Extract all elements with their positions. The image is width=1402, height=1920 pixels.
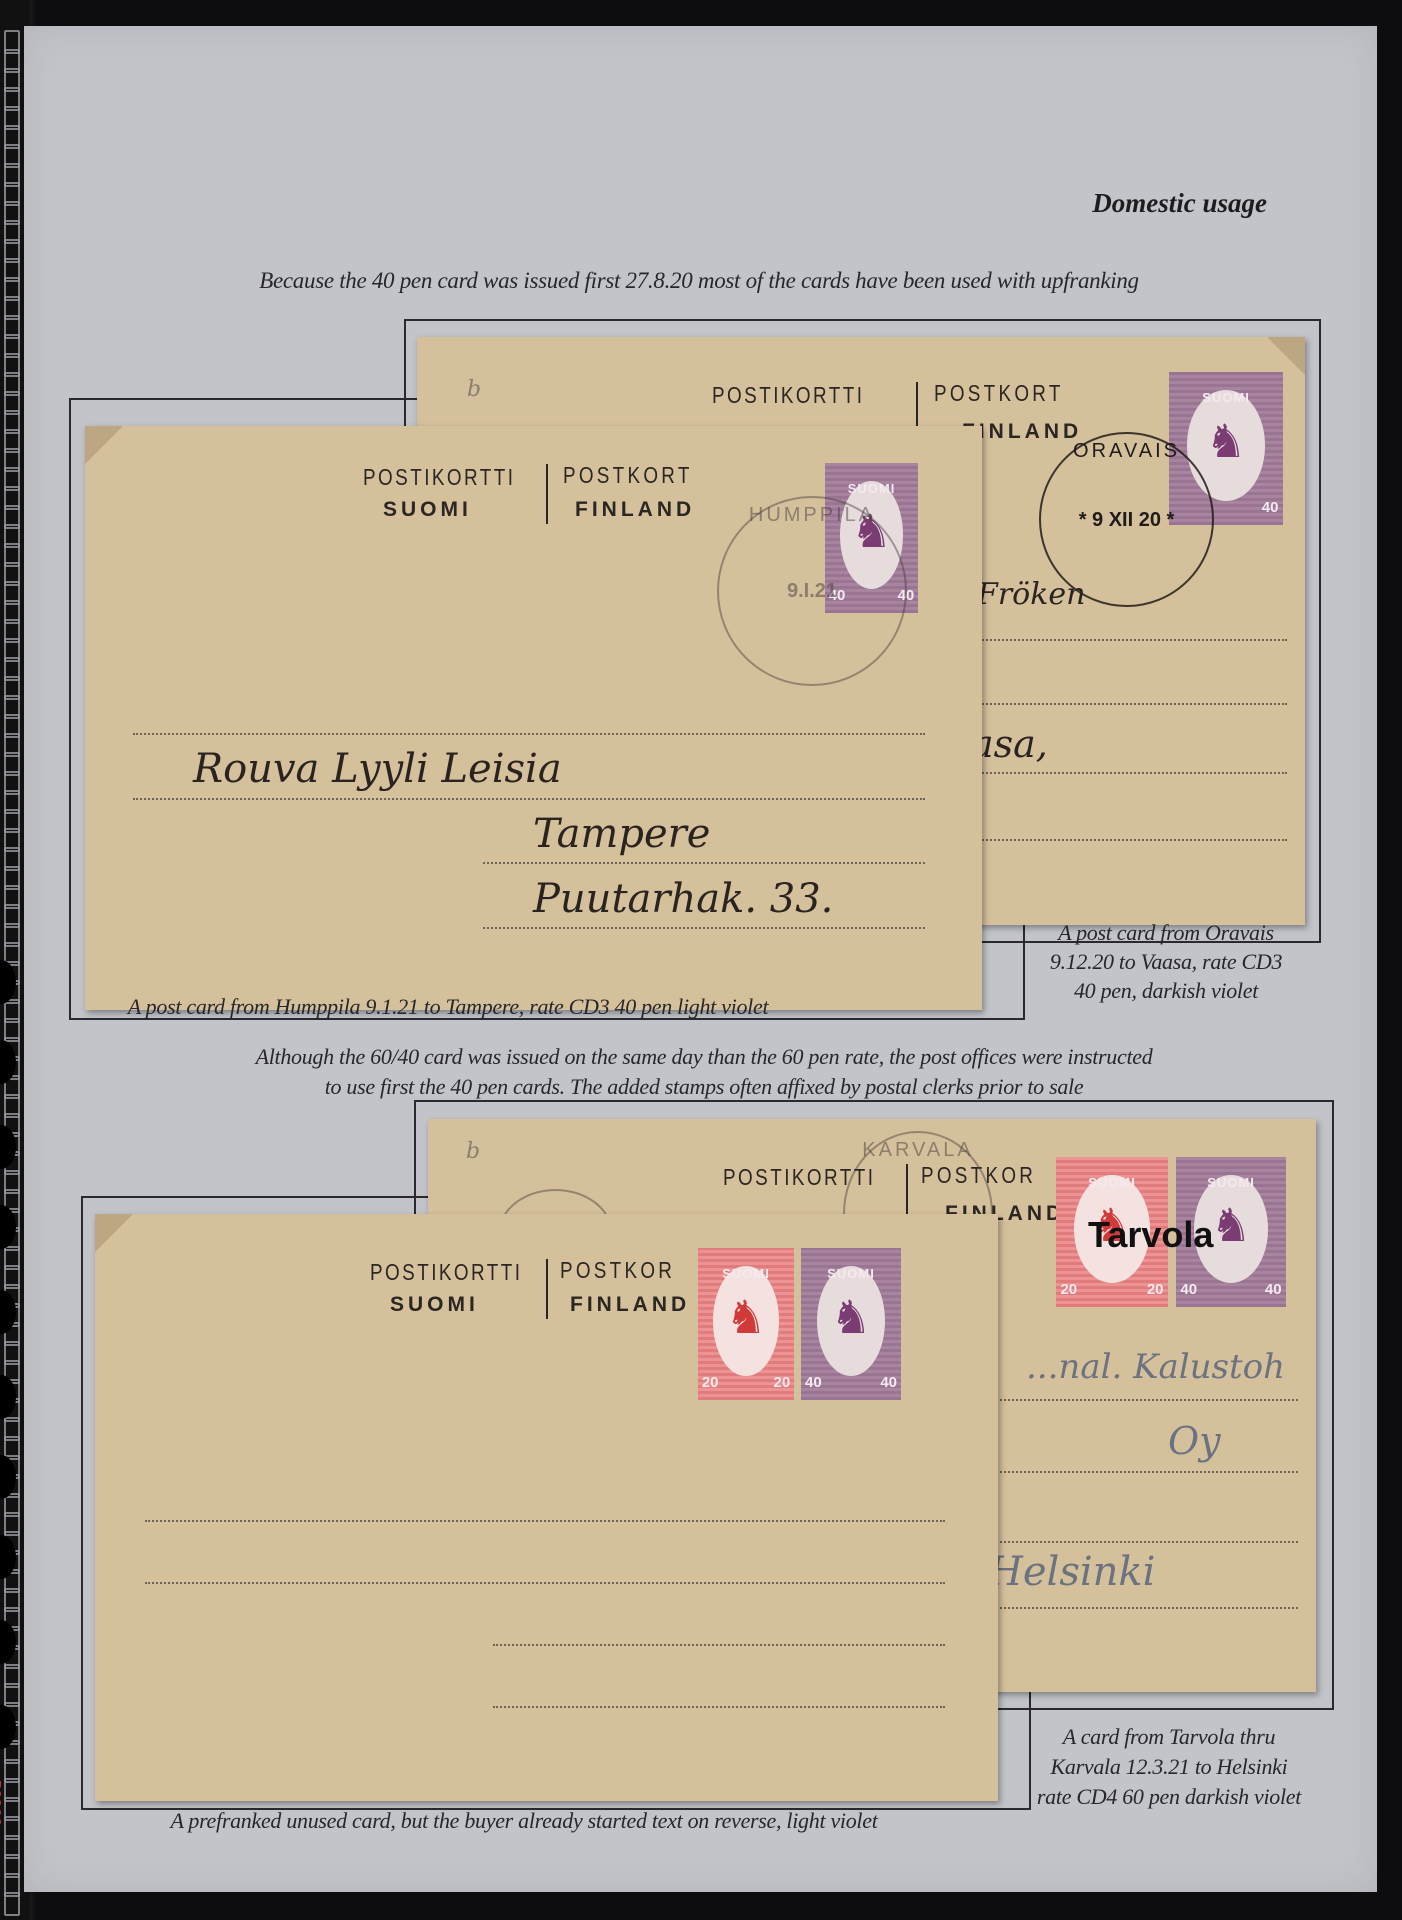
intro-text-1: Because the 40 pen card was issued first… — [134, 268, 1264, 294]
handwritten-address-line: Oy — [1168, 1419, 1221, 1463]
intro-text-2: Although the 60/40 card was issued on th… — [144, 1042, 1264, 1102]
pencil-mark: b — [466, 1139, 480, 1164]
handwritten-address-line: Helsinki — [988, 1549, 1155, 1595]
stamp-20-pen: ♞ SUOMI 20 20 — [698, 1248, 794, 1400]
postcard-humppila: POSTIKORTTI SUOMI POSTKORT FINLAND ♞ SUO… — [85, 426, 982, 1010]
postmark-humppila: HUMPPILA 9.I.21 — [717, 496, 907, 686]
page-heading: Domestic usage — [1092, 188, 1267, 219]
handwritten-address-line: Tampere — [533, 811, 710, 857]
handwritten-address-line: Rouva Lyyli Leisia — [193, 746, 562, 792]
handwritten-address-line: Puutarhak. 33. — [533, 876, 833, 922]
lion-coat-of-arms-icon: ♞ — [825, 1294, 877, 1364]
caption-oravais: A post card from Oravais 9.12.20 to Vaas… — [986, 918, 1346, 1005]
handwritten-address-line: Fröken — [977, 577, 1085, 612]
lion-coat-of-arms-icon: ♞ — [721, 1294, 771, 1364]
album-page: Domestic usage Because the 40 pen card w… — [24, 26, 1377, 1892]
tarvola-handstamp: Tarvola — [1088, 1214, 1213, 1256]
caption-tarvola: A card from Tarvola thru Karvala 12.3.21… — [984, 1722, 1354, 1812]
stock-number: 56066 — [0, 1780, 4, 1827]
postcard-unused: POSTIKORTTI SUOMI POSTKOR FINLAND ♞ SUOM… — [95, 1214, 998, 1801]
binder-hole — [4, 1892, 20, 1916]
stamp-40-pen: ♞ SUOMI 40 40 — [801, 1248, 901, 1400]
pencil-mark: b — [467, 377, 481, 402]
handwritten-address-line: ...nal. Kalustoh — [1026, 1347, 1285, 1387]
caption-unused: A prefranked unused card, but the buyer … — [84, 1808, 964, 1834]
caption-humppila: A post card from Humppila 9.1.21 to Tamp… — [78, 994, 818, 1020]
